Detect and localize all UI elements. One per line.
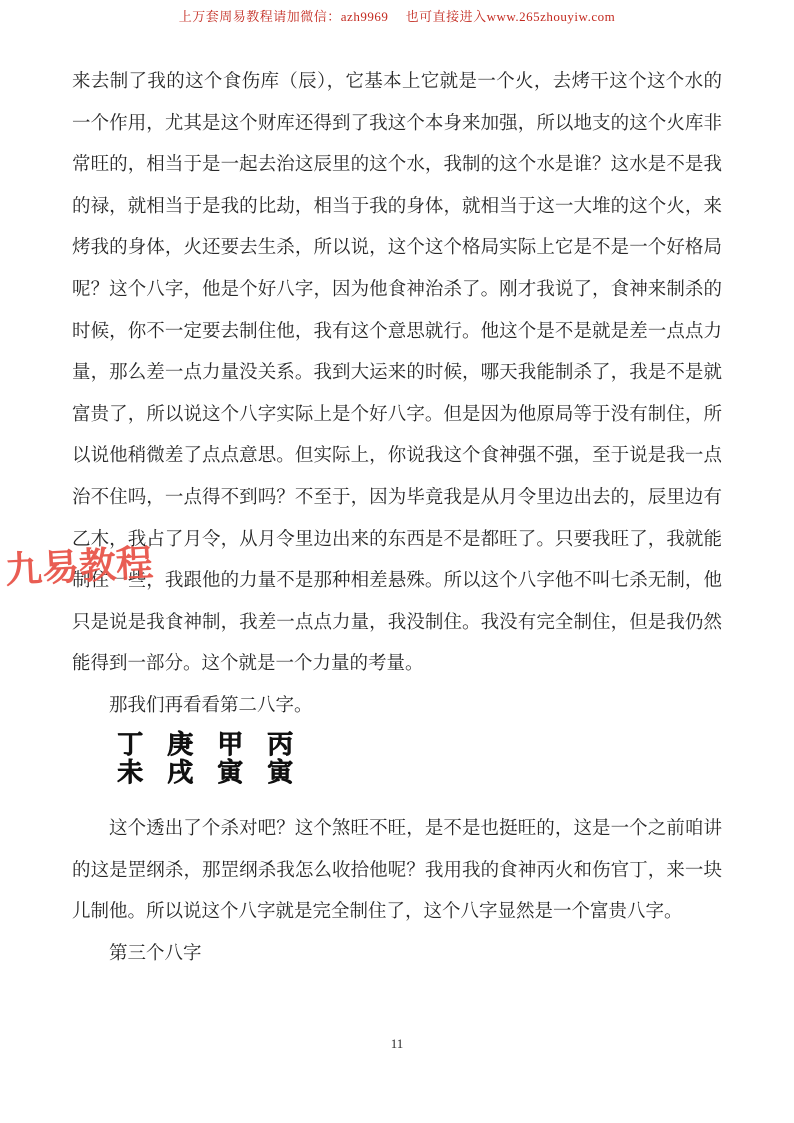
bazi-chart: 丁 庚 甲 丙 未 戌 寅 寅	[116, 731, 294, 787]
text-line: 一个作用，尤其是这个财库还得到了我这个本身来加强，所以地支的这个火库非	[72, 104, 722, 146]
text-line: 来去制了我的这个食伤库（辰），它基本上它就是一个火，去烤干这个这个水的	[72, 62, 722, 104]
text-line: 治不住吗，一点得不到吗？不至于，因为毕竟我是从月令里边出去的，辰里边有	[72, 478, 722, 520]
header-promo-text: 上万套周易教程请加微信：azh9969 也可直接进入www.265zhouyiw…	[0, 6, 794, 25]
text-line: 乙木，我占了月令，从月令里边出来的东西是不是都旺了。只要我旺了，我就能	[72, 520, 722, 562]
paragraph-4: 第三个八字	[72, 934, 722, 976]
text-line: 时候，你不一定要去制住他，我有这个意思就行。他这个是不是就是差一点点力	[72, 312, 722, 354]
text-line: 的禄，就相当于是我的比劫，相当于我的身体，就相当于这一大堆的这个火，来	[72, 187, 722, 229]
text-line: 量，那么差一点力量没关系。我到大运来的时候，哪天我能制杀了，我是不是就	[72, 353, 722, 395]
bazi-stem-char: 庚	[166, 731, 194, 759]
text-line: 儿制他。所以说这个八字就是完全制住了，这个八字显然是一个富贵八字。	[72, 892, 722, 934]
bazi-branch-char: 戌	[166, 759, 194, 787]
bazi-stem-char: 丙	[266, 731, 294, 759]
paragraph-2: 那我们再看看第二八字。	[72, 686, 722, 728]
bazi-stem-char: 丁	[116, 731, 144, 759]
bazi-branch-char: 未	[116, 759, 144, 787]
text-line: 常旺的，相当于是一起去治这辰里的这个水，我制的这个水是谁？这水是不是我	[72, 145, 722, 187]
text-line: 呢？这个八字，他是个好八字，因为他食神治杀了。刚才我说了，食神来制杀的	[72, 270, 722, 312]
text-line: 能得到一部分。这个就是一个力量的考量。	[72, 644, 722, 686]
bazi-branch-char: 寅	[266, 759, 294, 787]
paragraph-3: 这个透出了个杀对吧？这个煞旺不旺，是不是也挺旺的，这是一个之前咱讲 的这是罡纲杀…	[72, 809, 722, 934]
text-line: 富贵了，所以说这个八字实际上是个好八字。但是因为他原局等于没有制住，所	[72, 395, 722, 437]
text-line: 的这是罡纲杀，那罡纲杀我怎么收拾他呢？我用我的食神丙火和伤官丁，来一块	[72, 851, 722, 893]
bazi-heavenly-stems-row: 丁 庚 甲 丙	[116, 731, 294, 759]
document-page: 上万套周易教程请加微信：azh9969 也可直接进入www.265zhouyiw…	[0, 0, 794, 1123]
watermark-logo: 九易教程	[4, 532, 155, 594]
text-line: 第三个八字	[72, 934, 722, 976]
page-number: 11	[0, 1036, 794, 1052]
text-line: 制住一些，我跟他的力量不是那种相差悬殊。所以这个八字他不叫七杀无制，他	[72, 561, 722, 603]
text-line: 那我们再看看第二八字。	[72, 686, 722, 728]
bazi-earthly-branches-row: 未 戌 寅 寅	[116, 759, 294, 787]
text-line: 只是说是我食神制，我差一点点力量，我没制住。我没有完全制住，但是我仍然	[72, 603, 722, 645]
text-line: 以说他稍微差了点点意思。但实际上，你说我这个食神强不强，至于说是我一点	[72, 436, 722, 478]
text-line: 烤我的身体，火还要去生杀，所以说，这个这个格局实际上它是不是一个好格局	[72, 228, 722, 270]
bazi-branch-char: 寅	[216, 759, 244, 787]
paragraph-1: 来去制了我的这个食伤库（辰），它基本上它就是一个火，去烤干这个这个水的 一个作用…	[72, 62, 722, 686]
bazi-stem-char: 甲	[216, 731, 244, 759]
text-line: 这个透出了个杀对吧？这个煞旺不旺，是不是也挺旺的，这是一个之前咱讲	[72, 809, 722, 851]
